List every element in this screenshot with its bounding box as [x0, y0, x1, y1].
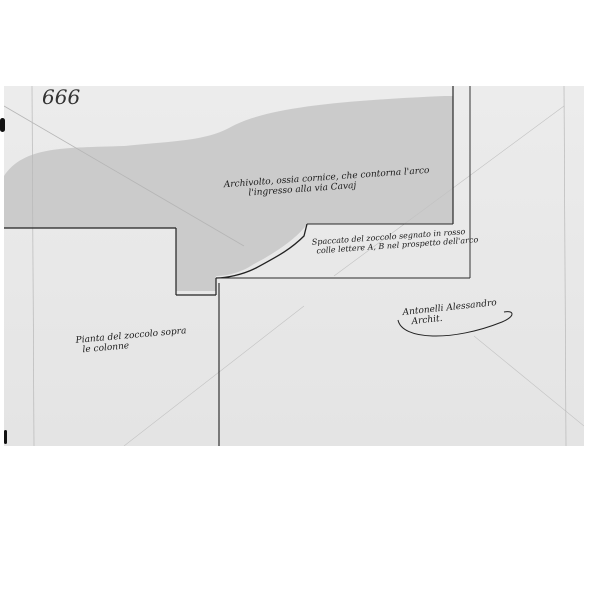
- signature-flourish: [392, 300, 522, 345]
- binding-hole-top: [0, 118, 5, 132]
- folio-number: 666: [42, 86, 80, 109]
- drawing-sheet: [4, 86, 584, 446]
- binding-hole-bottom: [4, 430, 7, 444]
- architectural-drawing: [4, 86, 584, 446]
